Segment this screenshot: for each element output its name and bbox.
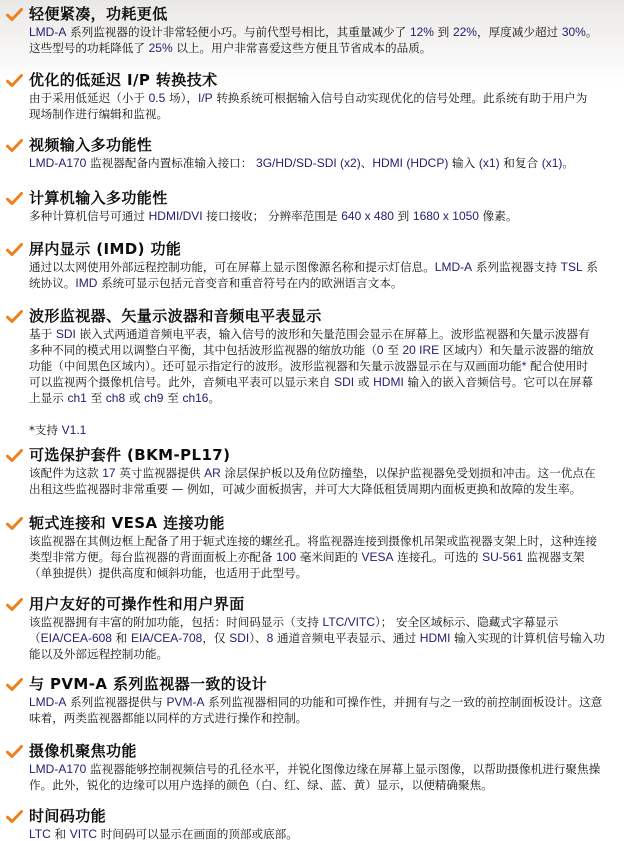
text-segment: 场）， [165, 91, 198, 105]
description-line: 通过以太网使用外部远程控制功能，可在屏幕上显示图像源名称和提示灯信息。LMD-A… [29, 259, 617, 275]
text-segment: *支持 [29, 423, 62, 437]
text-segment: 功能（中间黑色区域内）。还可显示指定行的波形。波形监视器和矢量示波器显示在与双画… [29, 359, 522, 373]
latin-term: LMD-A [29, 695, 66, 709]
checkmark-icon [6, 598, 23, 612]
text-segment: 系统可显示包括元音变音和重音符号在内的欧洲语言文本。 [97, 276, 402, 290]
text-segment: 。 [562, 156, 574, 170]
feature-description: 该配件为这款 17 英寸监视器提供 AR 涂层保护板以及角位防撞垫，以保护监视器… [29, 465, 617, 497]
description-line: 该监视器在其侧边框上配备了用于轭式连接的螺丝孔。将监视器连接到摄像机吊架或监视器… [29, 533, 617, 549]
feature-title: 轭式连接和 VESA 连接功能 [29, 513, 225, 533]
text-segment: （单独提供）提供高度和倾斜功能，也适用于此型号。 [29, 566, 307, 580]
text-segment: （ [29, 631, 41, 645]
description-line: 这些型号的功耗降低了 25% 以上。用户非常喜爱这些方便且节省成本的品质。 [29, 40, 617, 56]
description-line: 统协议。IMD 系统可显示包括元音变音和重音符号在内的欧洲语言文本。 [29, 275, 617, 291]
text-segment: 时间码可以显示在画面的顶部或底部。 [97, 827, 298, 841]
text-segment: 上显示 [29, 391, 67, 405]
text-segment: 以上。用户非常喜爱这些方便且节省成本的品质。 [173, 41, 432, 55]
latin-term: EIA/CEA-708 [131, 631, 202, 645]
text-segment: 到 [394, 209, 413, 223]
description-line: 该配件为这款 17 英寸监视器提供 AR 涂层保护板以及角位防撞垫，以保护监视器… [29, 465, 617, 481]
checkmark-icon [6, 449, 23, 463]
latin-term: 3G/HD/SD-SDI (x2) [256, 156, 361, 170]
description-line: （单独提供）提供高度和倾斜功能，也适用于此型号。 [29, 565, 617, 581]
latin-term: 22% [453, 25, 477, 39]
feature-title: 优化的低延迟 I/P 转换技术 [29, 70, 218, 90]
description-line: 该监视器拥有丰富的附加功能，包括：时间码显示（支持 LTC/VITC）； 安全区… [29, 614, 617, 630]
text-segment: 或 [125, 391, 144, 405]
checkmark-icon [6, 310, 23, 324]
text-segment: 输入 [448, 156, 479, 170]
latin-term: VITC [70, 827, 97, 841]
text-segment: ）； 安全区域标示、隐藏式字幕显示 [375, 615, 558, 629]
description-line: 作。此外，锐化的边缘可以用户选择的颜色（白、红、绿、蓝、黄）显示，以便精确聚焦。 [29, 777, 617, 793]
latin-term: 25% [149, 41, 173, 55]
text-segment: 监视器配备内置标准输入接口： [86, 156, 256, 170]
text-segment: 能以及外部远程控制功能。 [29, 647, 168, 661]
description-line: LTC 和 VITC 时间码可以显示在画面的顶部或底部。 [29, 826, 617, 841]
text-segment: 监视器能够控制视频信号的孔径水平，并锐化图像边缘在屏幕上显示图像，以帮助摄像机进… [86, 762, 600, 776]
text-segment: 、 [361, 156, 373, 170]
latin-term: V1.1 [62, 423, 87, 437]
latin-term: 0 [377, 343, 384, 357]
text-segment: 转换系统可根据输入信号自动实现优化的信号处理。此系统有助于用户为 [213, 91, 588, 105]
feature-title: 视频输入多功能性 [29, 135, 152, 155]
text-segment: 。 [208, 391, 220, 405]
text-segment: 现场制作进行编辑和监视。 [29, 107, 168, 121]
text-segment: 多种不同的模式用以调整白平衡，其中包括波形监视器的缩放功能（ [29, 343, 377, 357]
latin-term: 100 [276, 550, 296, 564]
description-line: 多种计算机信号可通过 HDMI/DVI 接口接收； 分辨率范围是 640 x 4… [29, 208, 617, 224]
feature-description: 该监视器拥有丰富的附加功能，包括：时间码显示（支持 LTC/VITC）； 安全区… [29, 614, 617, 662]
text-segment: 该配件为这款 [29, 466, 102, 480]
feature-description: 通过以太网使用外部远程控制功能，可在屏幕上显示图像源名称和提示灯信息。LMD-A… [29, 259, 617, 291]
text-segment: 毫米间距的 [296, 550, 361, 564]
description-line: LMD-A170 监视器能够控制视频信号的孔径水平，并锐化图像边缘在屏幕上显示图… [29, 761, 617, 777]
text-segment: 通道音频电平表显示、通过 [273, 631, 420, 645]
text-segment: 该监视器在其侧边框上配备了用于轭式连接的螺丝孔。将监视器连接到摄像机吊架或监视器… [29, 534, 597, 548]
latin-term: LMD-A [435, 260, 472, 274]
description-line: （EIA/CEA-608 和 EIA/CEA-708，仅 SDI）、8 通道音频… [29, 630, 617, 646]
latin-term: (x1) [542, 156, 563, 170]
latin-term: 20 IRE [402, 343, 439, 357]
latin-term: 0.5 [149, 91, 166, 105]
text-segment: 可以监视两个摄像机信号。此外，音频电平表可以显示来自 [29, 375, 334, 389]
feature-title: 摄像机聚焦功能 [29, 741, 137, 761]
latin-term: PVM-A [166, 695, 204, 709]
feature-description: LTC 和 VITC 时间码可以显示在画面的顶部或底部。 [29, 826, 617, 841]
latin-term: 1680 x 1050 [413, 209, 479, 223]
text-segment: 系列监视器提供与 [66, 695, 166, 709]
feature-description: 基于 SDI 嵌入式两通道音频电平表，输入信号的波形和矢量范围会显示在屏幕上。波… [29, 326, 617, 406]
feature-description: LMD-A170 监视器能够控制视频信号的孔径水平，并锐化图像边缘在屏幕上显示图… [29, 761, 617, 793]
description-line: 出租这些监视器时非常重要 — 例如，可减少面板损害，并可大大降低租赁周期内面板更… [29, 481, 617, 497]
latin-term: ch9 [144, 391, 163, 405]
checkmark-icon [6, 8, 23, 22]
text-segment: 由于采用低延迟（小于 [29, 91, 149, 105]
feature-title: 屏内显示 (IMD) 功能 [29, 239, 181, 259]
description-line: LMD-A170 监视器配备内置标准输入接口： 3G/HD/SD-SDI (x2… [29, 155, 617, 171]
text-segment: 系列监视器支持 [472, 260, 561, 274]
latin-term: ch8 [106, 391, 125, 405]
description-line: 上显示 ch1 至 ch8 或 ch9 至 ch16。 [29, 390, 617, 406]
description-line: 类型非常方便。每台监视器的背面面板上亦配备 100 毫米间距的 VESA 连接孔… [29, 549, 617, 565]
latin-term: 30% [562, 25, 586, 39]
text-segment: 该监视器拥有丰富的附加功能，包括：时间码显示（支持 [29, 615, 323, 629]
checkmark-icon [6, 517, 23, 531]
feature-title: 可选保护套件 (BKM-PL17) [29, 445, 230, 465]
text-segment: 味着，两类监视器都能以同样的方式进行操作和控制。 [29, 711, 307, 725]
latin-term: HDMI [420, 631, 451, 645]
latin-term: 12% [410, 25, 434, 39]
text-segment: 涂层保护板以及角位防撞垫，以保护监视器免受划损和冲击。这一优点在 [221, 466, 596, 480]
text-segment: 至 [163, 391, 182, 405]
checkmark-icon [6, 74, 23, 88]
latin-term: SDI [229, 631, 249, 645]
latin-term: SDI [56, 327, 76, 341]
checkmark-icon [6, 139, 23, 153]
text-segment: 连接孔。可选的 [394, 550, 483, 564]
text-segment: 区域内）和矢量示波器的缩放 [439, 343, 593, 357]
feature-description: 多种计算机信号可通过 HDMI/DVI 接口接收； 分辨率范围是 640 x 4… [29, 208, 617, 224]
description-line: 多种不同的模式用以调整白平衡，其中包括波形监视器的缩放功能（0 至 20 IRE… [29, 342, 617, 358]
text-segment: 系列监视器相同的功能和可操作性，并拥有与之一致的前控制面板设计。这意 [204, 695, 602, 709]
latin-term: LMD-A170 [29, 156, 86, 170]
text-segment: 和复合 [500, 156, 542, 170]
latin-term: HDMI/DVI [149, 209, 203, 223]
feature-description: LMD-A 系列监视器的设计非常轻便小巧。与前代型号相比，其重量减少了 12% … [29, 24, 617, 56]
description-line: 基于 SDI 嵌入式两通道音频电平表，输入信号的波形和矢量范围会显示在屏幕上。波… [29, 326, 617, 342]
feature-description: LMD-A170 监视器配备内置标准输入接口： 3G/HD/SD-SDI (x2… [29, 155, 617, 171]
description-line: 功能（中间黑色区域内）。还可显示指定行的波形。波形监视器和矢量示波器显示在与双画… [29, 358, 617, 374]
latin-term: ch16 [182, 391, 208, 405]
footnote: *支持 V1.1 [29, 422, 86, 438]
latin-term: HDMI [373, 375, 404, 389]
text-segment: 英寸监视器提供 [116, 466, 205, 480]
checkmark-icon [6, 192, 23, 206]
text-segment: 类型非常方便。每台监视器的背面面板上亦配备 [29, 550, 276, 564]
latin-term: 17 [102, 466, 115, 480]
feature-title: 时间码功能 [29, 806, 106, 826]
text-segment: 通过以太网使用外部远程控制功能，可在屏幕上显示图像源名称和提示灯信息。 [29, 260, 435, 274]
feature-title: 波形监视器、矢量示波器和音频电平表显示 [29, 306, 322, 326]
latin-term: LMD-A [29, 25, 66, 39]
text-segment: 系列监视器的设计非常轻便小巧。与前代型号相比，其重量减少了 [66, 25, 410, 39]
text-segment: 像素。 [479, 209, 517, 223]
text-segment: 到 [434, 25, 453, 39]
text-segment: 至 [384, 343, 403, 357]
latin-term: HDMI (HDCP) [372, 156, 448, 170]
checkmark-icon [6, 243, 23, 257]
text-segment: 统协议。 [29, 276, 75, 290]
latin-term: VESA [362, 550, 394, 564]
latin-term: 640 x 480 [341, 209, 394, 223]
text-segment: 监视器支架 [523, 550, 585, 564]
text-segment: 嵌入式两通道音频电平表，输入信号的波形和矢量范围会显示在屏幕上。波形监视器和矢量… [76, 327, 590, 341]
text-segment: 和 [112, 631, 131, 645]
text-segment: 接口接收； 分辨率范围是 [203, 209, 342, 223]
description-line: 现场制作进行编辑和监视。 [29, 106, 617, 122]
text-segment: 至 [87, 391, 106, 405]
description-line: 味着，两类监视器都能以同样的方式进行操作和控制。 [29, 710, 617, 726]
description-line: 由于采用低延迟（小于 0.5 场），I/P 转换系统可根据输入信号自动实现优化的… [29, 90, 617, 106]
latin-term: SDI [334, 375, 354, 389]
description-line: 能以及外部远程控制功能。 [29, 646, 617, 662]
latin-term: LMD-A170 [29, 762, 86, 776]
latin-term: SU-561 [482, 550, 523, 564]
text-segment: 。 [586, 25, 598, 39]
latin-term: LTC [29, 827, 51, 841]
feature-description: 由于采用低延迟（小于 0.5 场），I/P 转换系统可根据输入信号自动实现优化的… [29, 90, 617, 122]
latin-term: ch1 [67, 391, 86, 405]
text-segment: 配合使用时 [526, 359, 588, 373]
text-segment: 出租这些监视器时非常重要 — 例如，可减少面板损害，并可大大降低租赁周期内面板更… [29, 482, 581, 496]
text-segment: ，厚度减少超过 [477, 25, 562, 39]
feature-title: 与 PVM-A 系列监视器一致的设计 [29, 674, 267, 694]
text-segment: ）、 [249, 631, 266, 645]
latin-term: LTC/VITC [323, 615, 375, 629]
feature-title: 轻便紧凑，功耗更低 [29, 4, 168, 24]
latin-term: TSL [561, 260, 583, 274]
text-segment: 系 [583, 260, 598, 274]
text-segment: 基于 [29, 327, 56, 341]
text-segment: 输入实现的计算机信号输入功 [450, 631, 604, 645]
latin-term: IMD [75, 276, 97, 290]
feature-description: 该监视器在其侧边框上配备了用于轭式连接的螺丝孔。将监视器连接到摄像机吊架或监视器… [29, 533, 617, 581]
text-segment: ，仅 [202, 631, 229, 645]
description-line: LMD-A 系列监视器的设计非常轻便小巧。与前代型号相比，其重量减少了 12% … [29, 24, 617, 40]
latin-term: (x1) [479, 156, 500, 170]
latin-term: EIA/CEA-608 [41, 631, 112, 645]
text-segment: 输入的嵌入音频信号。它可以在屏幕 [404, 375, 593, 389]
feature-title: 计算机输入多功能性 [29, 188, 168, 208]
feature-title: 用户友好的可操作性和用户界面 [29, 594, 245, 614]
description-line: LMD-A 系列监视器提供与 PVM-A 系列监视器相同的功能和可操作性，并拥有… [29, 694, 617, 710]
checkmark-icon [6, 810, 23, 824]
checkmark-icon [6, 678, 23, 692]
text-segment: 或 [354, 375, 373, 389]
feature-description: LMD-A 系列监视器提供与 PVM-A 系列监视器相同的功能和可操作性，并拥有… [29, 694, 617, 726]
text-segment: 多种计算机信号可通过 [29, 209, 149, 223]
description-line: 可以监视两个摄像机信号。此外，音频电平表可以显示来自 SDI 或 HDMI 输入… [29, 374, 617, 390]
text-segment: 作。此外，锐化的边缘可以用户选择的颜色（白、红、绿、蓝、黄）显示，以便精确聚焦。 [29, 778, 493, 792]
latin-term: I/P [198, 91, 213, 105]
text-segment: 这些型号的功耗降低了 [29, 41, 149, 55]
checkmark-icon [6, 745, 23, 759]
latin-term: AR [204, 466, 221, 480]
text-segment: 和 [51, 827, 70, 841]
